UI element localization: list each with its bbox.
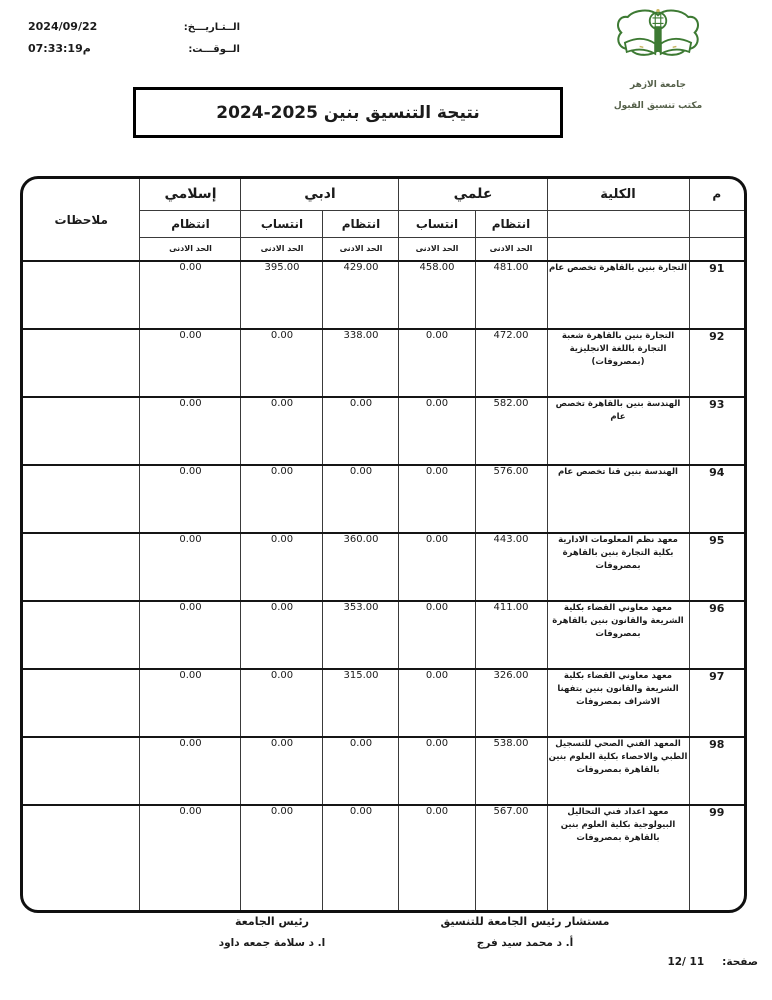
lit-affiliate-min-cell: 0.00 bbox=[241, 601, 323, 669]
date-value: 2024/09/22 bbox=[28, 20, 97, 33]
sci-regular-min-cell: 576.00 bbox=[475, 465, 547, 533]
sci-regular-min-cell: 443.00 bbox=[475, 533, 547, 601]
sci-regular-min-cell: 567.00 bbox=[475, 805, 547, 913]
islamic-regular-min-cell: 0.00 bbox=[140, 533, 241, 601]
sci-regular-min-cell: 481.00 bbox=[475, 261, 547, 329]
college-name-cell: المعهد الفني الصحي للتسجيل الطبي والاحصا… bbox=[547, 737, 689, 805]
header-college-spacer bbox=[547, 210, 689, 237]
signature-coordination-advisor: مستشار رئيس الجامعة للتنسيق أ. د محمد سي… bbox=[425, 915, 625, 949]
sci-affiliate-min-cell: 0.00 bbox=[399, 465, 475, 533]
row-number-cell: 92 bbox=[689, 329, 744, 397]
college-name-cell: الهندسة بنين بالقاهرة تخصص عام bbox=[547, 397, 689, 465]
header-lit-affiliate: انتساب bbox=[241, 210, 323, 237]
header-sci-regular: انتظام bbox=[475, 210, 547, 237]
table-row: 95 معهد نظم المعلومات الادارية بكلية الت… bbox=[23, 533, 744, 601]
min-label-lit-regular: الحد الادنى bbox=[323, 237, 399, 261]
notes-cell bbox=[23, 737, 140, 805]
header-serial: م bbox=[689, 179, 744, 210]
row-number-cell: 98 bbox=[689, 737, 744, 805]
min-label-lit-affiliate: الحد الادنى bbox=[241, 237, 323, 261]
table-row: 98 المعهد الفني الصحي للتسجيل الطبي والا… bbox=[23, 737, 744, 805]
lit-regular-min-cell: 429.00 bbox=[323, 261, 399, 329]
sci-affiliate-min-cell: 0.00 bbox=[399, 329, 475, 397]
page-number: صفحة: 12/ 11 bbox=[667, 956, 758, 968]
table-row: 94 الهندسة بنين قنا تخصص عام 576.00 0.00… bbox=[23, 465, 744, 533]
header-group-scientific: علمي bbox=[399, 179, 547, 210]
college-name-cell: الهندسة بنين قنا تخصص عام bbox=[547, 465, 689, 533]
notes-cell bbox=[23, 261, 140, 329]
notes-cell bbox=[23, 669, 140, 737]
header-notes: ملاحظات bbox=[23, 179, 140, 261]
date-row: الــتـاريـــخ: 2024/09/22 bbox=[28, 20, 240, 33]
table-row: 92 التجارة بنين بالقاهرة شعبة التجارة با… bbox=[23, 329, 744, 397]
lit-affiliate-min-cell: 395.00 bbox=[241, 261, 323, 329]
advisor-name: أ. د محمد سيد فرج bbox=[425, 937, 625, 949]
lit-affiliate-min-cell: 0.00 bbox=[241, 805, 323, 913]
university-name: جامعة الازهر bbox=[606, 80, 710, 90]
datetime-block: الــتـاريـــخ: 2024/09/22 الــوقـــت: 07… bbox=[28, 20, 240, 64]
row-number-cell: 93 bbox=[689, 397, 744, 465]
results-table-frame: م الكلية علمي ادبي إسلامي ملاحظات انتظام… bbox=[20, 176, 747, 913]
lit-regular-min-cell: 338.00 bbox=[323, 329, 399, 397]
president-title: رئيس الجامعة bbox=[188, 915, 356, 928]
islamic-regular-min-cell: 0.00 bbox=[140, 805, 241, 913]
header-serial-spacer2 bbox=[689, 237, 744, 261]
sci-affiliate-min-cell: 458.00 bbox=[399, 261, 475, 329]
header-row-groups: م الكلية علمي ادبي إسلامي ملاحظات bbox=[23, 179, 744, 210]
table-row: 99 معهد اعداد فني التحاليل البيولوجية بك… bbox=[23, 805, 744, 913]
header-islamic-regular: انتظام bbox=[140, 210, 241, 237]
results-table: م الكلية علمي ادبي إسلامي ملاحظات انتظام… bbox=[23, 179, 744, 913]
table-row: 96 معهد معاوني القضاء بكلية الشريعة والق… bbox=[23, 601, 744, 669]
header-group-islamic: إسلامي bbox=[140, 179, 241, 210]
min-label-sci-regular: الحد الادنى bbox=[475, 237, 547, 261]
islamic-regular-min-cell: 0.00 bbox=[140, 329, 241, 397]
lit-affiliate-min-cell: 0.00 bbox=[241, 737, 323, 805]
sci-regular-min-cell: 582.00 bbox=[475, 397, 547, 465]
sci-affiliate-min-cell: 0.00 bbox=[399, 805, 475, 913]
min-label-islamic-regular: الحد الادنى bbox=[140, 237, 241, 261]
college-name-cell: معهد نظم المعلومات الادارية بكلية التجار… bbox=[547, 533, 689, 601]
table-row: 93 الهندسة بنين بالقاهرة تخصص عام 582.00… bbox=[23, 397, 744, 465]
islamic-regular-min-cell: 0.00 bbox=[140, 669, 241, 737]
table-row: 97 معهد معاوني القضاء بكلية الشريعة والق… bbox=[23, 669, 744, 737]
header-serial-spacer bbox=[689, 210, 744, 237]
lit-affiliate-min-cell: 0.00 bbox=[241, 533, 323, 601]
college-name-cell: معهد معاوني القضاء بكلية الشريعة والقانو… bbox=[547, 669, 689, 737]
admission-office-name: مكتب تنسيق القبول bbox=[606, 101, 710, 111]
table-row: 91 التجارة بنين بالقاهرة تخصص عام 481.00… bbox=[23, 261, 744, 329]
notes-cell bbox=[23, 465, 140, 533]
sci-regular-min-cell: 538.00 bbox=[475, 737, 547, 805]
row-number-cell: 96 bbox=[689, 601, 744, 669]
row-number-cell: 97 bbox=[689, 669, 744, 737]
islamic-regular-min-cell: 0.00 bbox=[140, 465, 241, 533]
row-number-cell: 95 bbox=[689, 533, 744, 601]
islamic-regular-min-cell: 0.00 bbox=[140, 261, 241, 329]
document-page: الــتـاريـــخ: 2024/09/22 الــوقـــت: 07… bbox=[0, 0, 772, 1000]
time-row: الــوقـــت: 07:33:19م bbox=[28, 42, 240, 55]
time-value: 07:33:19م bbox=[28, 42, 91, 55]
time-label: الــوقـــت: bbox=[188, 44, 240, 55]
lit-regular-min-cell: 0.00 bbox=[323, 805, 399, 913]
row-number-cell: 91 bbox=[689, 261, 744, 329]
header-group-literary: ادبي bbox=[241, 179, 399, 210]
lit-regular-min-cell: 0.00 bbox=[323, 737, 399, 805]
lit-regular-min-cell: 360.00 bbox=[323, 533, 399, 601]
lit-affiliate-min-cell: 0.00 bbox=[241, 397, 323, 465]
signature-university-president: رئيس الجامعة ا. د سلامة جمعه داود bbox=[188, 915, 356, 949]
page-number-value: 12/ 11 bbox=[667, 956, 704, 968]
notes-cell bbox=[23, 601, 140, 669]
college-name-cell: التجارة بنين بالقاهرة شعبة التجارة باللغ… bbox=[547, 329, 689, 397]
lit-regular-min-cell: 0.00 bbox=[323, 465, 399, 533]
notes-cell bbox=[23, 329, 140, 397]
page-number-label: صفحة: bbox=[722, 956, 758, 968]
islamic-regular-min-cell: 0.00 bbox=[140, 601, 241, 669]
president-name: ا. د سلامة جمعه داود bbox=[188, 937, 356, 949]
lit-affiliate-min-cell: 0.00 bbox=[241, 465, 323, 533]
sci-regular-min-cell: 472.00 bbox=[475, 329, 547, 397]
islamic-regular-min-cell: 0.00 bbox=[140, 397, 241, 465]
row-number-cell: 99 bbox=[689, 805, 744, 913]
header-college: الكلية bbox=[547, 179, 689, 210]
sci-regular-min-cell: 411.00 bbox=[475, 601, 547, 669]
advisor-title: مستشار رئيس الجامعة للتنسيق bbox=[425, 915, 625, 928]
notes-cell bbox=[23, 397, 140, 465]
table-body: 91 التجارة بنين بالقاهرة تخصص عام 481.00… bbox=[23, 261, 744, 913]
college-name-cell: التجارة بنين بالقاهرة تخصص عام bbox=[547, 261, 689, 329]
header-sci-affiliate: انتساب bbox=[399, 210, 475, 237]
sci-affiliate-min-cell: 0.00 bbox=[399, 601, 475, 669]
sci-affiliate-min-cell: 0.00 bbox=[399, 397, 475, 465]
sci-affiliate-min-cell: 0.00 bbox=[399, 737, 475, 805]
lit-affiliate-min-cell: 0.00 bbox=[241, 669, 323, 737]
lit-regular-min-cell: 315.00 bbox=[323, 669, 399, 737]
university-logo-block: جامعة الازهر مكتب تنسيق القبول bbox=[606, 6, 710, 111]
islamic-regular-min-cell: 0.00 bbox=[140, 737, 241, 805]
notes-cell bbox=[23, 533, 140, 601]
college-name-cell: معهد اعداد فني التحاليل البيولوجية بكلية… bbox=[547, 805, 689, 913]
sci-affiliate-min-cell: 0.00 bbox=[399, 669, 475, 737]
date-label: الــتـاريـــخ: bbox=[184, 22, 240, 33]
row-number-cell: 94 bbox=[689, 465, 744, 533]
header-lit-regular: انتظام bbox=[323, 210, 399, 237]
header-college-spacer2 bbox=[547, 237, 689, 261]
notes-cell bbox=[23, 805, 140, 913]
sci-regular-min-cell: 326.00 bbox=[475, 669, 547, 737]
sci-affiliate-min-cell: 0.00 bbox=[399, 533, 475, 601]
report-title: نتيجة التنسيق بنين 2025-2024 bbox=[216, 103, 480, 123]
report-title-box: نتيجة التنسيق بنين 2025-2024 bbox=[133, 87, 563, 138]
al-azhar-emblem-icon bbox=[612, 6, 704, 74]
min-label-sci-affiliate: الحد الادنى bbox=[399, 237, 475, 261]
lit-affiliate-min-cell: 0.00 bbox=[241, 329, 323, 397]
college-name-cell: معهد معاوني القضاء بكلية الشريعة والقانو… bbox=[547, 601, 689, 669]
lit-regular-min-cell: 0.00 bbox=[323, 397, 399, 465]
lit-regular-min-cell: 353.00 bbox=[323, 601, 399, 669]
